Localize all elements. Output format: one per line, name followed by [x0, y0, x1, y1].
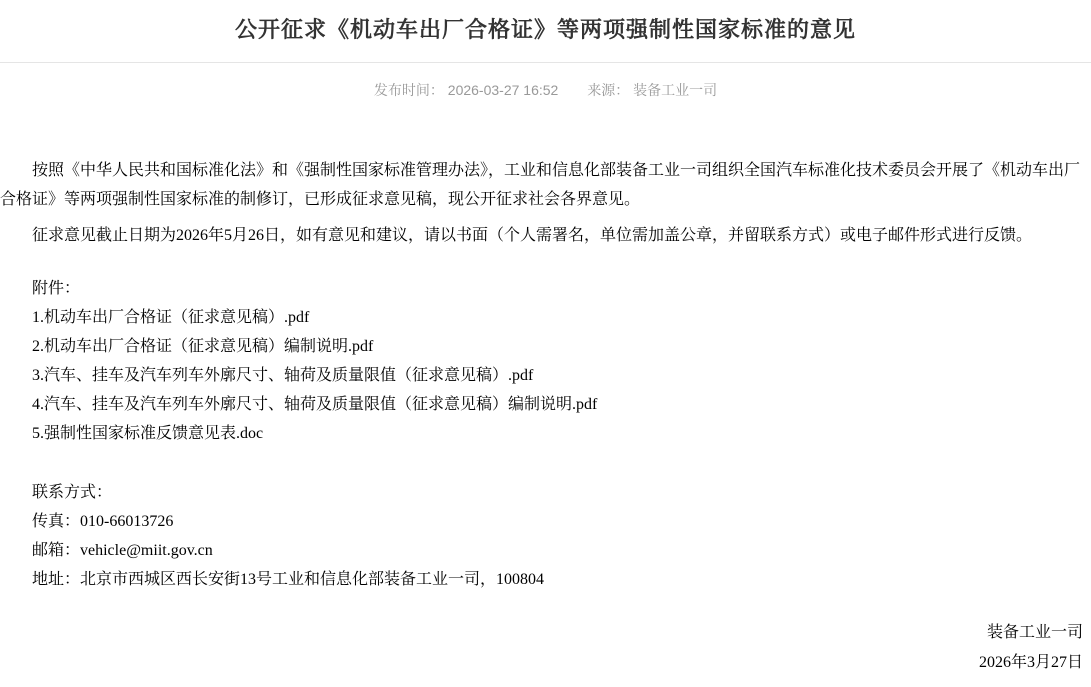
page-title: 公开征求《机动车出厂合格证》等两项强制性国家标准的意见	[20, 15, 1071, 45]
contact-address: 地址：北京市西城区西长安街13号工业和信息化部装备工业一司，100804	[0, 565, 1091, 594]
article-header: 公开征求《机动车出厂合格证》等两项强制性国家标准的意见	[0, 0, 1091, 63]
contact-fax: 传真：010-66013726	[0, 507, 1091, 536]
attachment-link[interactable]: 1.机动车出厂合格证（征求意见稿）.pdf	[0, 303, 1091, 332]
publish-time-label: 发布时间：	[374, 82, 444, 98]
source-label: 来源：	[587, 82, 629, 98]
attachments-heading: 附件：	[0, 274, 1091, 303]
contact-heading: 联系方式：	[0, 478, 1091, 507]
article-page: 公开征求《机动车出厂合格证》等两项强制性国家标准的意见 发布时间： 2026-0…	[0, 0, 1091, 678]
attachment-link[interactable]: 2.机动车出厂合格证（征求意见稿）编制说明.pdf	[0, 332, 1091, 361]
body-paragraph: 按照《中华人民共和国标准化法》和《强制性国家标准管理办法》，工业和信息化部装备工…	[0, 156, 1091, 214]
article-source: 来源： 装备工业一司	[587, 82, 717, 98]
signature-block: 装备工业一司 2026年3月27日	[0, 618, 1091, 678]
publish-time-value: 2026-03-27 16:52	[448, 82, 559, 98]
signature-date: 2026年3月27日	[0, 648, 1083, 678]
attachment-link[interactable]: 5.强制性国家标准反馈意见表.doc	[0, 419, 1091, 448]
article-meta: 发布时间： 2026-03-27 16:52 来源： 装备工业一司	[0, 63, 1091, 98]
contact-section: 联系方式： 传真：010-66013726 邮箱：vehicle@miit.go…	[0, 478, 1091, 594]
attachments-section: 附件： 1.机动车出厂合格证（征求意见稿）.pdf 2.机动车出厂合格证（征求意…	[0, 274, 1091, 448]
attachment-link[interactable]: 4.汽车、挂车及汽车列车外廓尺寸、轴荷及质量限值（征求意见稿）编制说明.pdf	[0, 390, 1091, 419]
source-value: 装备工业一司	[633, 82, 717, 98]
body-paragraph: 征求意见截止日期为2026年5月26日，如有意见和建议，请以书面（个人需署名，单…	[0, 221, 1091, 250]
contact-email: 邮箱：vehicle@miit.gov.cn	[0, 536, 1091, 565]
article-body: 按照《中华人民共和国标准化法》和《强制性国家标准管理办法》，工业和信息化部装备工…	[0, 98, 1091, 678]
attachment-link[interactable]: 3.汽车、挂车及汽车列车外廓尺寸、轴荷及质量限值（征求意见稿）.pdf	[0, 361, 1091, 390]
signature-org: 装备工业一司	[0, 618, 1083, 648]
publish-time: 发布时间： 2026-03-27 16:52	[374, 82, 558, 98]
